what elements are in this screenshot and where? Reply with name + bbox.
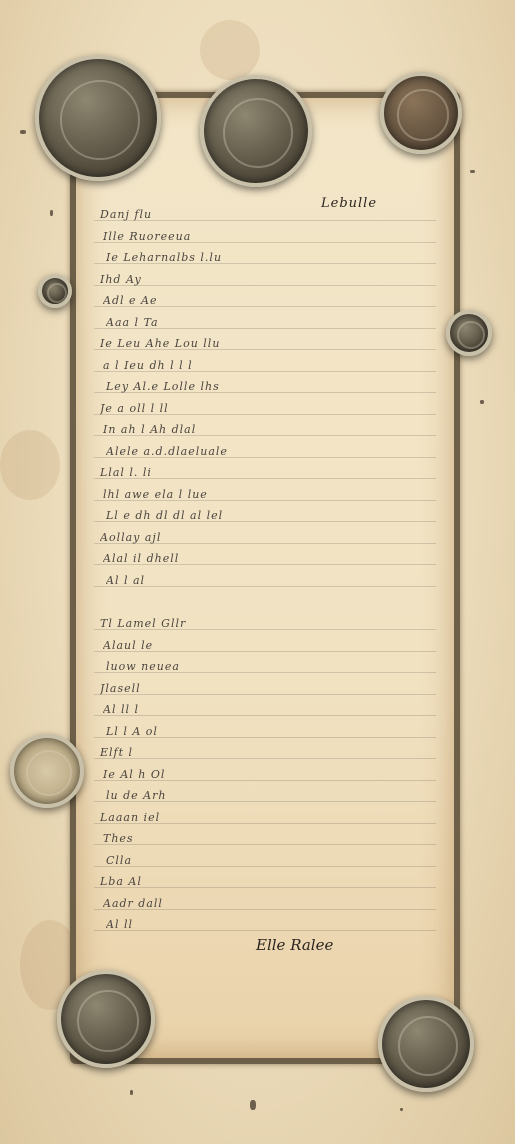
bottom-left-seal: [57, 970, 155, 1068]
parchment-letter: Lebulle Danj fluIlle RuoreeuaIe Leharnal…: [70, 92, 460, 1064]
stain: [0, 430, 60, 500]
ink-splat: [250, 1100, 256, 1110]
seal-emblem-icon: [77, 990, 139, 1052]
handwriting-line: Adl e Ae: [103, 294, 157, 307]
ruled-line: [94, 844, 436, 845]
ink-splat: [480, 400, 484, 404]
handwriting-line: Je a oll l ll: [100, 402, 169, 415]
handwriting-line: Al ll: [106, 918, 133, 931]
handwriting-line: Ie Al h Ol: [103, 768, 165, 781]
ink-splat: [400, 1108, 403, 1111]
handwriting-line: Danj flu: [100, 208, 152, 221]
ruled-line: [94, 887, 436, 888]
handwriting-line: Llal l. li: [100, 466, 152, 479]
ruled-line: [94, 694, 436, 695]
ruled-line: [94, 285, 436, 286]
handwriting-line: Aadr dall: [103, 897, 163, 910]
handwriting-line: Alal il dhell: [103, 552, 179, 565]
handwriting-line: luow neuea: [106, 660, 180, 673]
handwriting-line: Alele a.d.dlaeluale: [106, 445, 228, 458]
right-edge-seal: [446, 310, 492, 356]
ruled-line: [94, 758, 436, 759]
handwriting-line: Lba Al: [100, 875, 142, 888]
handwriting-line: Ll l A ol: [106, 725, 158, 738]
handwriting-line: Ille Ruoreeua: [103, 230, 191, 243]
ruled-line: [94, 715, 436, 716]
top-right-seal: [380, 72, 462, 154]
seal-emblem-icon: [457, 321, 485, 349]
ink-splat: [470, 170, 475, 173]
rose-seal: [35, 55, 161, 181]
signature: Elle Ralee: [256, 936, 333, 954]
stain: [200, 20, 260, 80]
handwriting-line: lhl awe ela l lue: [103, 488, 208, 501]
top-center-seal: [200, 75, 312, 187]
handwriting-line: Jlasell: [100, 682, 141, 695]
handwriting-line: Tl Lamel Gllr: [100, 617, 186, 630]
handwriting-line: Thes: [103, 832, 134, 845]
ruled-line: [94, 586, 436, 587]
handwriting-line: Ie Leharnalbs l.lu: [106, 251, 222, 264]
ruled-line: [94, 866, 436, 867]
compass-seal: [10, 734, 84, 808]
seal-emblem-icon: [26, 750, 72, 796]
handwriting-line: Laaan iel: [100, 811, 160, 824]
handwriting-line: lu de Arh: [106, 789, 166, 802]
seal-emblem-icon: [398, 1016, 458, 1076]
handwriting-line: Aaa l Ta: [106, 316, 159, 329]
bottom-right-seal: [378, 996, 474, 1092]
handwriting-line: Ll e dh dl dl al lel: [106, 509, 223, 522]
handwriting-line: a l Ieu dh l l l: [103, 359, 193, 372]
seal-emblem-icon: [47, 283, 68, 304]
ink-splat: [20, 130, 26, 134]
handwriting-line: Aollay ajl: [100, 531, 161, 544]
header-text: Lebulle: [321, 196, 377, 211]
handwriting-line: Al l al: [106, 574, 145, 587]
handwriting-line: Ley Al.e Lolle lhs: [106, 380, 220, 393]
handwriting-line: Clla: [106, 854, 132, 867]
handwriting-line: Ie Leu Ahe Lou llu: [100, 337, 220, 350]
handwriting-line: Al ll l: [103, 703, 139, 716]
seal-emblem-icon: [397, 89, 448, 140]
ink-splat: [130, 1090, 133, 1095]
ruled-line: [94, 930, 436, 931]
seal-emblem-icon: [223, 98, 294, 169]
small-left-seal: [38, 274, 72, 308]
handwriting-line: In ah l Ah dlal: [103, 423, 196, 436]
ink-splat: [50, 210, 53, 216]
seal-emblem-icon: [60, 80, 140, 160]
handwriting-line: Ihd Ay: [100, 273, 142, 286]
handwriting-line: Elft l: [100, 746, 133, 759]
handwriting-line: Alaul le: [103, 639, 153, 652]
